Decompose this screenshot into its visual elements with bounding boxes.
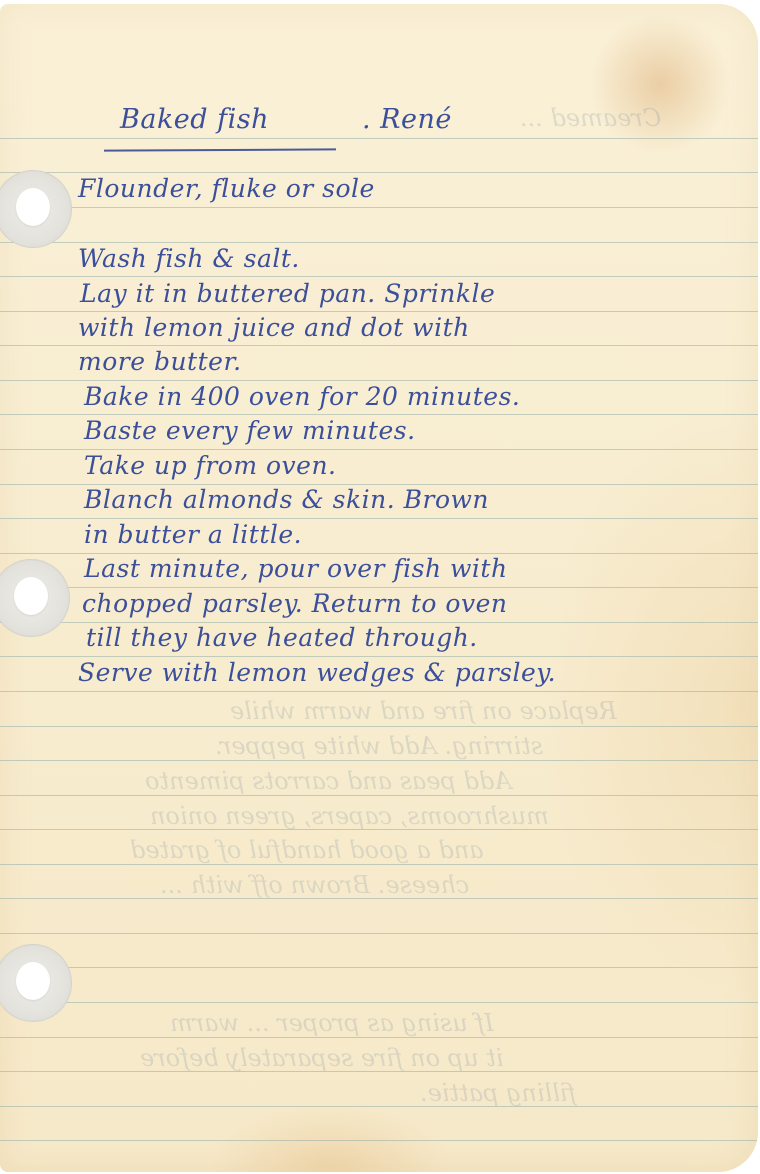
ruled-line xyxy=(0,933,758,934)
ruled-line xyxy=(0,414,758,415)
recipe-line: Take up from oven. xyxy=(84,451,337,480)
recipe-line: in butter a little. xyxy=(84,520,302,549)
recipe-line: Bake in 400 oven for 20 minutes. xyxy=(84,382,520,411)
ruled-line xyxy=(0,138,758,139)
recipe-line: Wash fish & salt. xyxy=(78,244,300,273)
recipe-line: with lemon juice and dot with xyxy=(78,313,470,342)
ruled-line xyxy=(0,345,758,346)
recipe-line: till they have heated through. xyxy=(86,623,478,652)
bleed-through-text: it up on fire separately before xyxy=(140,1044,504,1072)
ruled-line xyxy=(0,587,758,588)
recipe-line: chopped parsley. Return to oven xyxy=(82,589,507,618)
recipe-line: Serve with lemon wedges & parsley. xyxy=(78,658,556,687)
ruled-line xyxy=(0,967,758,968)
ruled-line xyxy=(0,311,758,312)
ruled-line xyxy=(0,449,758,450)
ruled-line xyxy=(0,518,758,519)
punch-hole-bottom xyxy=(0,944,72,1022)
punch-hole-middle xyxy=(0,559,70,637)
recipe-line: Flounder, fluke or sole xyxy=(78,174,375,203)
recipe-attribution: . René xyxy=(362,104,452,135)
ruled-line xyxy=(0,207,758,208)
ruled-line xyxy=(0,172,758,173)
punch-hole-top xyxy=(0,170,72,248)
recipe-line: more butter. xyxy=(78,347,242,376)
ruled-line xyxy=(0,380,758,381)
ruled-line xyxy=(0,656,758,657)
ruled-line xyxy=(0,1037,758,1038)
ruled-line xyxy=(0,1140,758,1141)
recipe-card: Creamed ... Replace on fire and warm whi… xyxy=(0,4,758,1172)
bleed-through-text: filling pattie. xyxy=(420,1079,576,1107)
bleed-through-text: Creamed ... xyxy=(520,104,661,132)
ruled-line xyxy=(0,795,758,796)
bleed-through-text: Add peas and carrots pimento xyxy=(145,767,512,795)
recipe-title: Baked fish xyxy=(120,104,269,135)
ruled-line xyxy=(0,1002,758,1003)
bleed-through-text: cheese. Brown off with ... xyxy=(160,871,469,899)
recipe-line: Lay it in buttered pan. Sprinkle xyxy=(80,279,495,308)
bleed-through-text: If using as proper ... warm xyxy=(170,1009,494,1037)
ruled-line xyxy=(0,242,758,243)
bleed-through-text: and a good handful of grated xyxy=(130,836,484,864)
ruled-line xyxy=(0,691,758,692)
bleed-through-text: Replace on fire and warm while xyxy=(230,697,617,725)
recipe-line: Blanch almonds & skin. Brown xyxy=(84,485,489,514)
ruled-line xyxy=(0,864,758,865)
title-underline xyxy=(104,148,336,151)
recipe-line: Baste every few minutes. xyxy=(84,416,416,445)
ruled-line xyxy=(0,276,758,277)
ruled-line xyxy=(0,726,758,727)
recipe-line: Last minute, pour over fish with xyxy=(84,554,508,583)
bleed-through-text: stirring. Add white pepper. xyxy=(215,732,543,760)
bleed-through-text: mushrooms, capers, green onion xyxy=(150,802,549,830)
ruled-line xyxy=(0,760,758,761)
ruled-line xyxy=(0,1106,758,1107)
